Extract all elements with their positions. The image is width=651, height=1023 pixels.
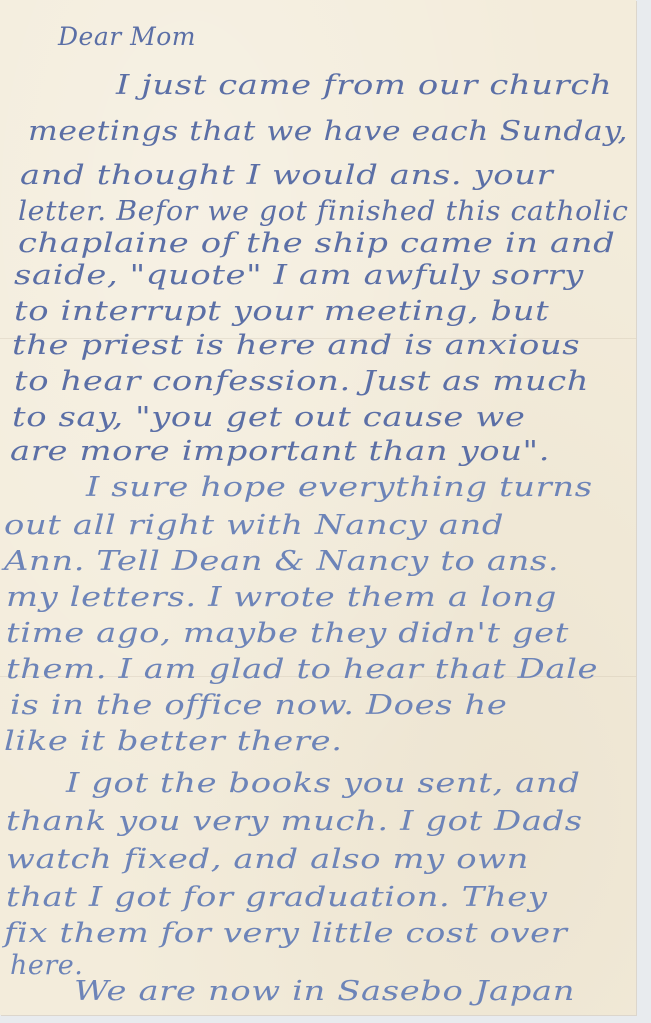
letter-line: the priest is here and is anxious [12, 330, 580, 361]
letter-line: letter. Befor we got finished this catho… [18, 196, 628, 227]
letter-line: saide, "quote" I am awfuly sorry [14, 260, 584, 291]
letter-line: We are now in Sasebo Japan [74, 976, 575, 1007]
letter-line: and thought I would ans. your [20, 160, 553, 191]
letter-line: to interrupt your meeting, but [14, 296, 549, 327]
letter-line: to hear confession. Just as much [14, 366, 589, 397]
letter-line: fix them for very little cost over [4, 918, 567, 949]
letter-line: Ann. Tell Dean & Nancy to ans. [4, 546, 559, 577]
letter-line: like it better there. [4, 726, 343, 757]
scanned-letter: Dear Mom I just came from our church mee… [0, 0, 651, 1023]
letter-line: thank you very much. I got Dads [6, 806, 583, 837]
salutation: Dear Mom [58, 22, 196, 51]
letter-line: time ago, maybe they didn't get [6, 618, 569, 649]
letter-line: them. I am glad to hear that Dale [6, 654, 598, 685]
letter-line: meetings that we have each Sunday, [28, 116, 628, 147]
letter-line: here. [10, 950, 83, 981]
letter-line: chaplaine of the ship came in and [18, 228, 615, 259]
letter-line: to say, "you get out cause we [12, 402, 525, 433]
letter-line: out all right with Nancy and [4, 510, 504, 541]
letter-line: I just came from our church [116, 70, 612, 101]
letter-line: watch fixed, and also my own [6, 844, 529, 875]
letter-line: I sure hope everything turns [86, 472, 593, 503]
letter-line: I got the books you sent, and [66, 768, 581, 799]
letter-paper: Dear Mom I just came from our church mee… [0, 0, 636, 1015]
letter-line: are more important than you". [10, 436, 550, 467]
letter-line: my letters. I wrote them a long [6, 582, 557, 613]
letter-line: is in the office now. Does he [10, 690, 507, 721]
letter-line: that I got for graduation. They [6, 882, 548, 913]
